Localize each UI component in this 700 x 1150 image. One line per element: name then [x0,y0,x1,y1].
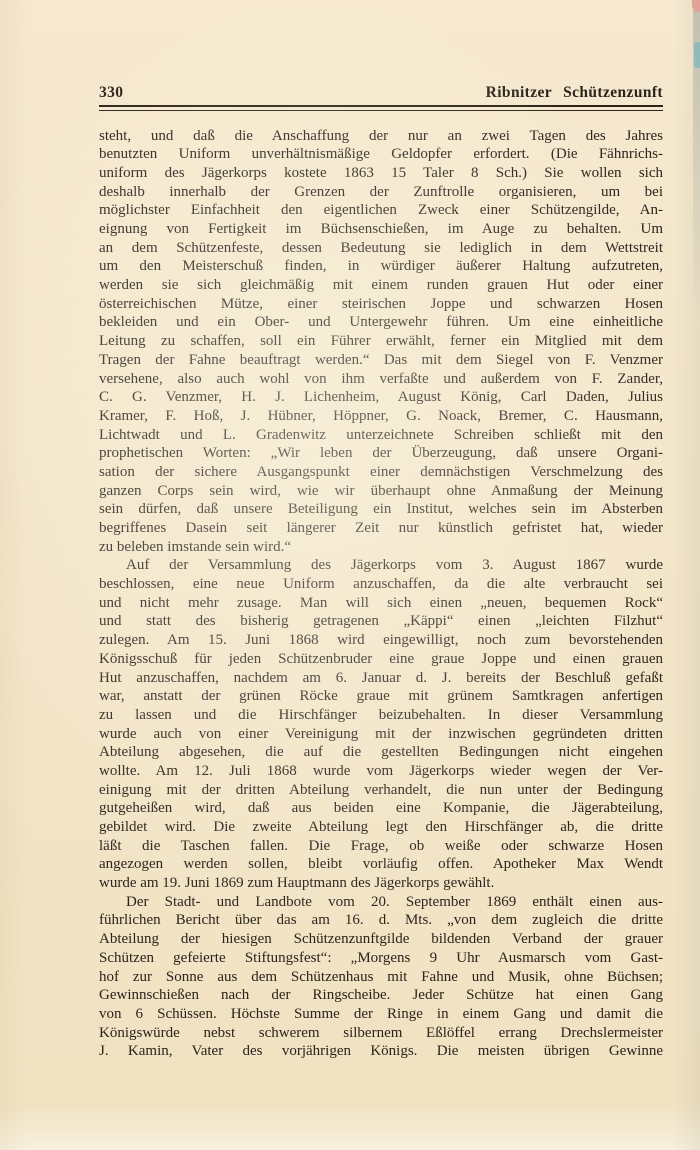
text-line: war, anstatt der grünen Röcke graue mit … [99,687,663,706]
text-line: läßt die Taschen fallen. Die Frage, ob w… [99,837,663,856]
text-line: Abteilung der hiesigen Schützenzunftgild… [99,930,663,949]
text-line: Leitung zu schaffen, soll ein Führer erw… [99,332,663,351]
text-line: Tragen der Fahne beauftragt werden.“ Das… [99,351,663,370]
text-line: sation der sichere Ausgangspunkt einer d… [99,463,663,482]
text-line: benutzten Uniform unverhältnismäßige Gel… [99,145,663,164]
paragraph: steht, und daß die Anschaffung der nur a… [99,127,663,557]
text-line: deshalb innerhalb der Grenzen der Zunftr… [99,183,663,202]
text-line: zulegen. Am 15. Juni 1868 wird eingewill… [99,631,663,650]
page-content: 330 Ribnitzer Schützenzunft steht, und d… [99,0,663,1061]
text-line: und statt des bisherig getragenen „Käppi… [99,612,663,631]
book-page-scan: 330 Ribnitzer Schützenzunft steht, und d… [0,0,700,1150]
text-line: hof zur Sonne aus dem Schützenhaus mit F… [99,968,663,987]
text-line: ganzen Corps sein wird, wie wir überhaup… [99,482,663,501]
text-line: wollte. Am 12. Juli 1868 wurde vom Jäger… [99,762,663,781]
page-number: 330 [99,84,123,102]
text-line: zu lassen und die Hirschfänger beizubeha… [99,706,663,725]
body-text: steht, und daß die Anschaffung der nur a… [99,127,663,1061]
text-line: zu beleben imstande sein wird.“ [99,538,663,557]
scan-edge-artifact-pink [692,0,700,12]
paragraph: Auf der Versammlung des Jägerkorps vom 3… [99,556,663,892]
text-line: sein dürfen, daß unsere Beteiligung ein … [99,500,663,519]
text-line: führlichen Bericht über das am 16. d. Mt… [99,911,663,930]
text-line: Hut anzuschaffen, nachdem am 6. Januar d… [99,669,663,688]
text-line: versehene, also auch wohl von ihm verfaß… [99,370,663,389]
text-line: Kramer, F. Hoß, J. Hübner, Höppner, G. N… [99,407,663,426]
text-line: bekleiden und ein Ober- und Untergewehr … [99,313,663,332]
paragraph: Der Stadt- und Landbote vom 20. Septembe… [99,893,663,1061]
text-line: Lichtwadt und L. Gradenwitz unterzeichne… [99,426,663,445]
text-line: um den Meisterschuß finden, in würdiger … [99,257,663,276]
text-line: von 6 Schüssen. Höchste Summe der Ringe … [99,1005,663,1024]
text-line: wurde am 19. Juni 1869 zum Hauptmann des… [99,874,663,893]
text-line: eignung von Fertigkeit im Büchsenschieße… [99,220,663,239]
text-line: steht, und daß die Anschaffung der nur a… [99,127,663,146]
page-header: 330 Ribnitzer Schützenzunft [99,84,663,103]
text-line: prophetischen Worten: „Wir leben der Übe… [99,444,663,463]
text-line: an dem Schützenfeste, dessen Bedeutung s… [99,239,663,258]
text-line: Königswürde nebst schwerem silbernem Eßl… [99,1024,663,1043]
text-line: Königsschuß für jeden Schützenbruder ein… [99,650,663,669]
text-line: Abteilung abgesehen, die auf die gestell… [99,743,663,762]
text-line: Schützen gefeierte Stiftungsfest“: „Morg… [99,949,663,968]
scan-edge-artifact-teal [694,42,700,68]
text-line: österreichischen Mütze, einer steirische… [99,295,663,314]
text-line: uniform des Jägerkorps kostete 1863 15 T… [99,164,663,183]
text-line: begriffenes Dasein seit längerer Zeit nu… [99,519,663,538]
text-line: einigung mit der dritten Abteilung verha… [99,781,663,800]
text-line: angezogen werden sollen, bleibt vorläufi… [99,855,663,874]
text-line: C. G. Venzmer, H. J. Lichenheim, August … [99,388,663,407]
text-line: beschlossen, eine neue Uniform anzuschaf… [99,575,663,594]
running-title: Ribnitzer Schützenzunft [486,84,663,102]
text-line: Auf der Versammlung des Jägerkorps vom 3… [99,556,663,575]
text-line: gutgeheißen wird, daß aus beiden eine Ko… [99,799,663,818]
text-line: und nicht mehr zusage. Man will sich ein… [99,594,663,613]
text-line: wurde auch von einer Vereinigung mit der… [99,725,663,744]
text-line: gebildet wird. Die zweite Abteilung legt… [99,818,663,837]
text-line: J. Kamin, Vater des vorjährigen Königs. … [99,1042,663,1061]
text-line: Gewinnschießen nach der Ringscheibe. Jed… [99,986,663,1005]
text-line: werden sie sich gleichmäßig mit einem ru… [99,276,663,295]
text-line: möglichster Einfachheit den eigentlichen… [99,201,663,220]
header-double-rule [99,105,663,111]
text-line: Der Stadt- und Landbote vom 20. Septembe… [99,893,663,912]
